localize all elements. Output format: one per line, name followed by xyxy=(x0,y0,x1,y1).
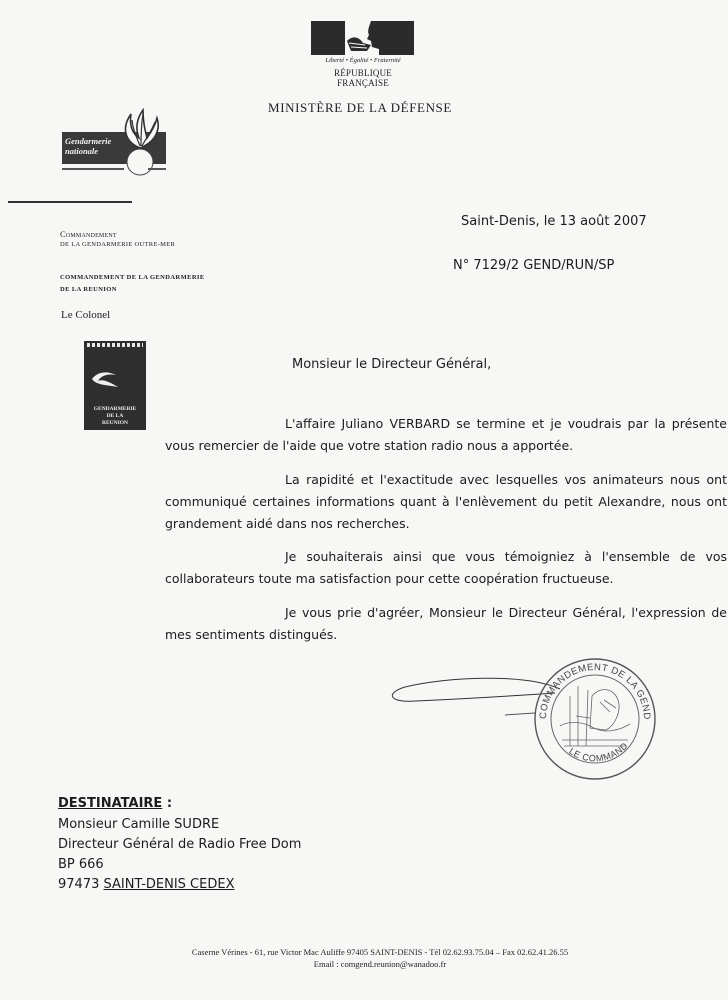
recipient-label-text: DESTINATAIRE xyxy=(58,796,162,811)
salutation: Monsieur le Directeur Général, xyxy=(292,357,491,372)
paragraph-2: La rapidité et l'exactitude avec lesquel… xyxy=(165,469,727,535)
recipient-title: Directeur Général de Radio Free Dom xyxy=(58,837,301,852)
recipient-postcode: 97473 xyxy=(58,877,104,892)
paragraph-3: Je souhaiterais ainsi que vous témoignie… xyxy=(165,546,727,590)
reference-number: N° 7129/2 GEND/RUN/SP xyxy=(453,258,614,273)
logo-left-panel xyxy=(311,21,345,55)
recipient-city: SAINT-DENIS CEDEX xyxy=(104,877,235,892)
sender-title: Le Colonel xyxy=(61,309,110,321)
badge-text-line3: REUNION xyxy=(84,420,146,427)
place-date: Saint-Denis, le 13 août 2007 xyxy=(461,214,647,229)
recipient-po-box: BP 666 xyxy=(58,857,104,872)
footer-address: Caserne Vérines - 61, rue Victor Mac Aul… xyxy=(100,946,660,958)
ministry-title: MINISTÈRE DE LA DÉFENSE xyxy=(230,100,490,116)
reunion-gendarmerie-badge: GENDARMERIE DE LA REUNION xyxy=(84,341,146,430)
logo-underline-left xyxy=(62,168,124,170)
command-line-3: COMMANDEMENT DE LA GENDARMERIE xyxy=(60,274,205,281)
footer-email: Email : comgend.reunion@wanadoo.fr xyxy=(100,958,660,970)
badge-text-line1: GENDARMERIE xyxy=(84,406,146,413)
logo-band-text: Gendarmerie nationale xyxy=(65,136,111,156)
republic-name: RÉPUBLIQUE FRANÇAISE xyxy=(309,68,417,88)
logo-text-line1: Gendarmerie xyxy=(65,136,111,146)
recipient-label: DESTINATAIRE : xyxy=(58,796,172,811)
header-divider xyxy=(8,201,132,203)
command-line-1: Commandement xyxy=(60,229,117,239)
republic-motto: Liberté • Égalité • Fraternité xyxy=(311,57,415,64)
marianne-profile-icon xyxy=(345,21,379,55)
logo-right-panel xyxy=(379,21,414,55)
badge-text: GENDARMERIE DE LA REUNION xyxy=(84,406,146,427)
recipient-city-line: 97473 SAINT-DENIS CEDEX xyxy=(58,877,234,892)
swoosh-icon xyxy=(90,369,120,389)
recipient-name: Monsieur Camille SUDRE xyxy=(58,817,219,832)
marianne-logo xyxy=(311,21,414,55)
paragraph-text: Je souhaiterais ainsi que vous témoignie… xyxy=(165,549,727,586)
command-line-2: DE LA GENDARMERIE OUTRE-MER xyxy=(60,241,175,248)
official-stamp: COMMANDEMENT DE LA GENDARMERIE DE LA REU… xyxy=(530,656,660,782)
paragraph-4: Je vous prie d'agréer, Monsieur le Direc… xyxy=(165,602,727,646)
paragraph-text: Je vous prie d'agréer, Monsieur le Direc… xyxy=(165,605,727,642)
badge-text-line2: DE LA xyxy=(84,413,146,420)
recipient-label-suffix: : xyxy=(162,796,172,811)
stamp-emblem-icon xyxy=(560,686,630,746)
logo-text-line2: nationale xyxy=(65,146,111,156)
footer: Caserne Vérines - 61, rue Victor Mac Aul… xyxy=(100,946,660,970)
badge-perforation xyxy=(87,343,143,347)
paragraph-text: L'affaire Juliano VERBARD se termine et … xyxy=(165,416,727,453)
logo-underline-right xyxy=(148,168,166,170)
paragraph-text: La rapidité et l'exactitude avec lesquel… xyxy=(165,472,727,531)
command-line-4: DE LA REUNION xyxy=(60,286,117,293)
paragraph-1: L'affaire Juliano VERBARD se termine et … xyxy=(165,413,727,457)
gendarmerie-nationale-logo: Gendarmerie nationale xyxy=(62,110,182,175)
